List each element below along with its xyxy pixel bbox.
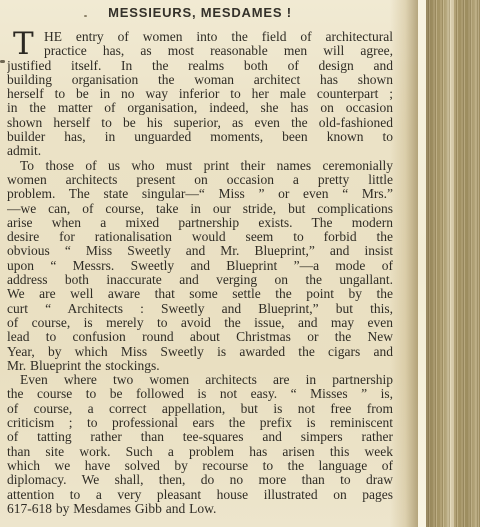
text-line: obvious “ Miss Sweetly and Mr. Blueprint… (7, 244, 393, 258)
text-column: MESSIEURS, MESDAMES ! THE entry of women… (7, 5, 393, 516)
text-line: of tatting rather than tee-squares and s… (7, 430, 393, 444)
text-line: in the matter of organisation, indeed, s… (7, 101, 393, 115)
text-line: herself to be in no way inferior to her … (7, 87, 393, 101)
text-line: women architects present on occasion a p… (7, 173, 393, 187)
fore-edge-light-band (450, 0, 454, 527)
text-line: builder has, in unguarded moments, been … (7, 130, 393, 144)
text-line: curt “ Architects : Sweetly and Blueprin… (7, 302, 393, 316)
text-line: 617-618 by Mesdames Gibb and Low. (7, 502, 393, 516)
fore-edge-highlight (418, 0, 426, 527)
text-line: diplomacy. We shall, then, do no more th… (7, 473, 393, 487)
text-line: Even where two women architects are in p… (7, 373, 393, 387)
text-line: than site work. Such a problem has arise… (7, 445, 393, 459)
text-line: of course, a correct appellation, but is… (7, 402, 393, 416)
paragraph: THE entry of women into the field of arc… (7, 30, 393, 159)
text-line: admit. (7, 144, 393, 158)
paragraph: To those of us who must print their name… (7, 159, 393, 373)
text-line: Year, by which Miss Sweetly is awarded t… (7, 345, 393, 359)
text-line: practice has, as most reasonable men wil… (7, 44, 393, 58)
text-line: criticism ; to professional ears the pre… (7, 416, 393, 430)
text-line: To those of us who must print their name… (7, 159, 393, 173)
text-line: arise when a mixed partnership exists. T… (7, 216, 393, 230)
paper-speck (0, 60, 5, 63)
paper-speck (84, 15, 87, 17)
text-line: building organisation the woman architec… (7, 73, 393, 87)
text-line: address both inaccurate and verging on t… (7, 273, 393, 287)
page-heading: MESSIEURS, MESDAMES ! (7, 5, 393, 20)
text-line: of course, is merely to avoid the issue,… (7, 316, 393, 330)
text-line: desire for rationalisation would seem to… (7, 230, 393, 244)
text-line: the course to be followed is not easy. “… (7, 387, 393, 401)
text-line: justified itself. In the realms both of … (7, 59, 393, 73)
text-line: —we can, of course, take in our stride, … (7, 202, 393, 216)
page-curve-shadow (390, 0, 418, 527)
body-text: THE entry of women into the field of arc… (7, 30, 393, 516)
book-fore-edge (390, 0, 480, 527)
text-line: lead to confusion round about Christmas … (7, 330, 393, 344)
book-page: MESSIEURS, MESDAMES ! THE entry of women… (0, 0, 480, 527)
text-line: upon “ Messrs. Sweetly and Blueprint ”—a… (7, 259, 393, 273)
text-line: We are well aware that some settle the p… (7, 287, 393, 301)
text-line: attention to a very pleasant house illus… (7, 488, 393, 502)
text-line: which we have solved by recourse to the … (7, 459, 393, 473)
drop-cap: T (13, 30, 34, 58)
text-line: problem. The state singular—“ Miss ” or … (7, 187, 393, 201)
text-line: shown herself to be his superior, as eve… (7, 116, 393, 130)
text-line: Mr. Blueprint the stockings. (7, 359, 393, 373)
text-line: HE entry of women into the field of arch… (7, 30, 393, 44)
paragraph: Even where two women architects are in p… (7, 373, 393, 516)
